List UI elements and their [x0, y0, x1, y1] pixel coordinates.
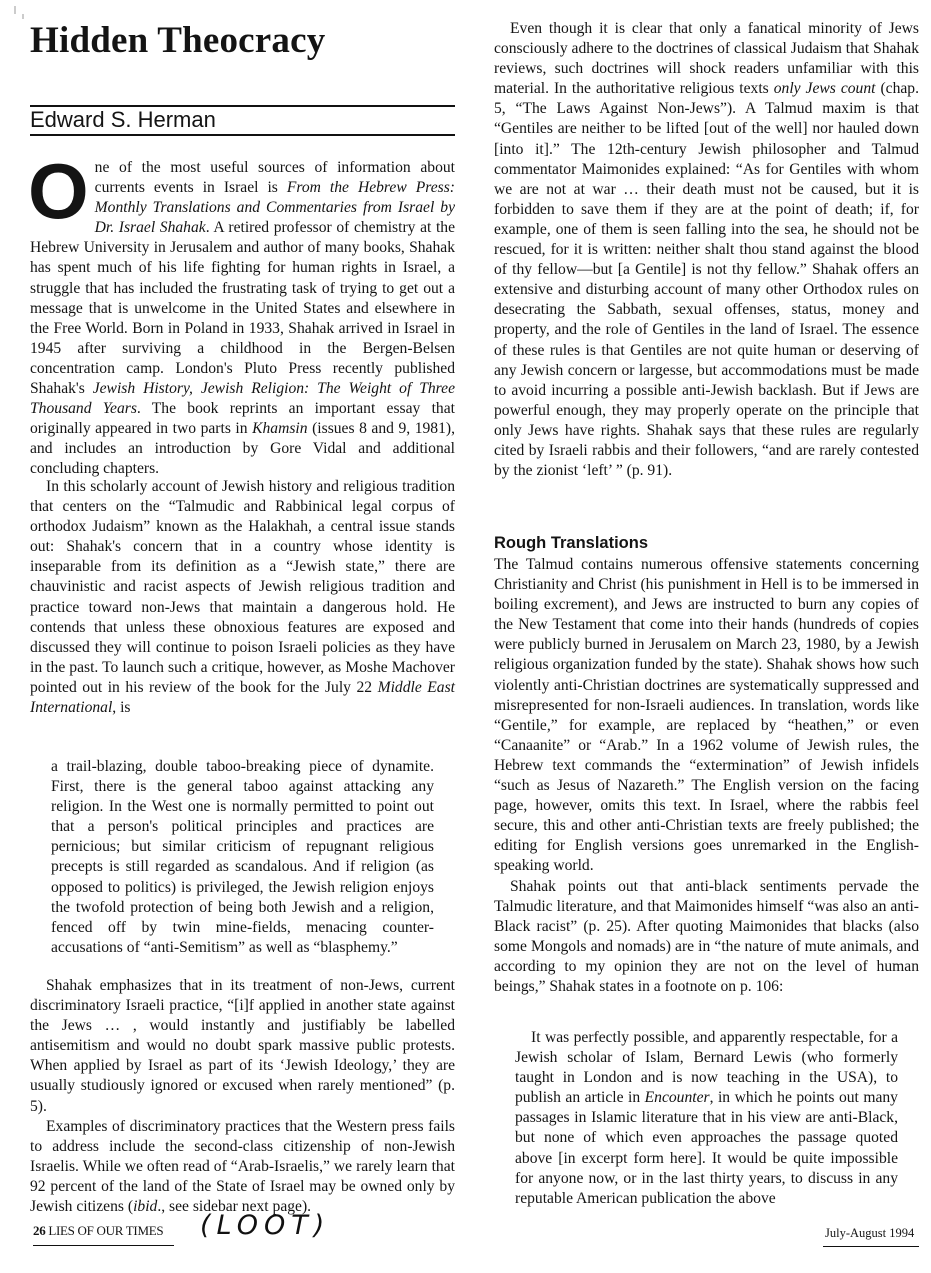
- paragraph-halakhah: In this scholarly account of Jewish hist…: [30, 477, 455, 718]
- rough-translations-section: The Talmud contains numerous offensive s…: [494, 555, 919, 997]
- article-author: Edward S. Herman: [30, 107, 216, 133]
- drop-cap: O: [28, 160, 89, 222]
- handwritten-annotation: (LOOT): [200, 1210, 330, 1241]
- paragraph-talmud-christianity: The Talmud contains numerous offensive s…: [494, 555, 919, 877]
- scan-artifact: [14, 6, 16, 14]
- article-title: Hidden Theocracy: [30, 22, 325, 59]
- section-heading: Rough Translations: [494, 533, 648, 553]
- paragraph-discriminatory-practice: Shahak emphasizes that in its treatment …: [30, 976, 455, 1117]
- paragraph-examples: Examples of discriminatory practices tha…: [30, 1117, 455, 1217]
- left-column-closing: Shahak emphasizes that in its treatment …: [30, 976, 455, 1217]
- paragraph-anti-black: Shahak points out that anti-black sentim…: [494, 877, 919, 998]
- magazine-page: Hidden Theocracy Edward S. Herman O ne o…: [0, 0, 931, 1273]
- page-number: 26: [33, 1223, 45, 1238]
- footer-publication: 26 LIES OF OUR TIMES: [33, 1223, 163, 1239]
- blockquote-footnote: It was perfectly possible, and apparentl…: [515, 1028, 898, 1209]
- intro-paragraph: O ne of the most useful sources of infor…: [30, 158, 455, 480]
- blockquote-machover: a trail-blazing, double taboo-breaking p…: [51, 757, 434, 958]
- footer-left-underline: [33, 1245, 174, 1246]
- title-rule-bottom: [30, 134, 455, 136]
- publication-name: LIES OF OUR TIMES: [48, 1223, 163, 1238]
- scan-artifact: [22, 14, 24, 19]
- issue-date: July-August 1994: [825, 1226, 914, 1241]
- footer-right-underline: [823, 1246, 919, 1247]
- paragraph-doctrines: Even though it is clear that only a fana…: [494, 19, 919, 481]
- intro-text: ne of the most useful sources of informa…: [30, 159, 455, 477]
